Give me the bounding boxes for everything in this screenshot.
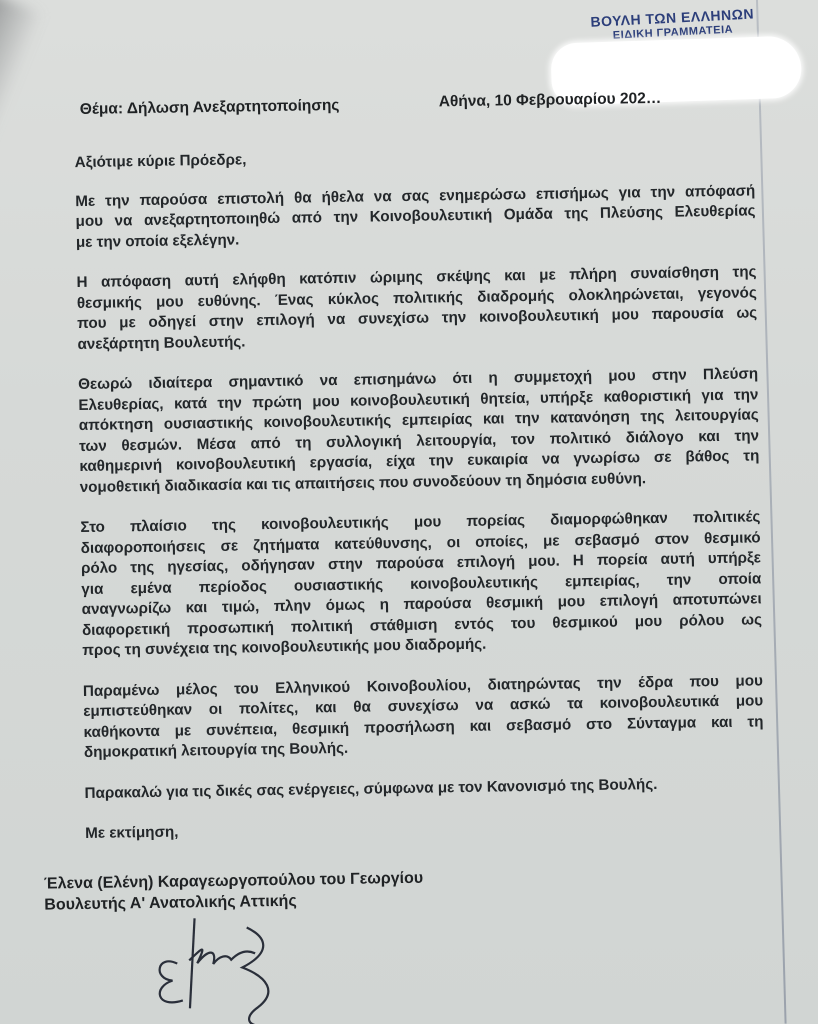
letter-body: Αξιότιμε κύριε Πρόεδρε, Με την παρούσα ε… — [75, 142, 766, 864]
paragraph: Παρακαλώ για τις δικές σας ενέργειες, σύ… — [84, 773, 764, 804]
paragraph: Με την παρούσα επιστολή θα ήθελα να σας … — [75, 181, 756, 253]
text-line: Παρακαλώ για τις δικές σας ενέργειες, σύ… — [84, 773, 764, 804]
letter: ΒΟΥΛΗ ΤΩΝ ΕΛΛΗΝΩΝ ΕΙΔΙΚΗ ΓΡΑΜΜΑΤΕΙΑ Θέμα… — [0, 0, 818, 1024]
paragraph: Στο πλαίσιο της κοινοβουλευτικής μου πορ… — [80, 507, 762, 661]
greeting: Αξιότιμε κύριε Πρόεδρε, — [75, 142, 755, 173]
paragraphs: Με την παρούσα επιστολή θα ήθελα να σας … — [75, 181, 765, 804]
letter-date: Αθήνα, 10 Φεβρουαρίου 202… — [439, 90, 662, 111]
paragraph: Θεωρώ ιδιαίτερα σημαντικό να επισημάνω ό… — [78, 364, 760, 498]
letter-subject: Θέμα: Δήλωση Ανεξαρτητοποίησης — [80, 97, 340, 119]
signature-icon — [146, 907, 298, 1024]
paragraph: Η απόφαση αυτή ελήφθη κατόπιν ώριμης σκέ… — [76, 262, 757, 355]
paragraph: Παραμένω μέλος του Ελληνικού Κοινοβουλίο… — [83, 671, 764, 764]
closing: Με εκτίμηση, — [85, 813, 765, 844]
